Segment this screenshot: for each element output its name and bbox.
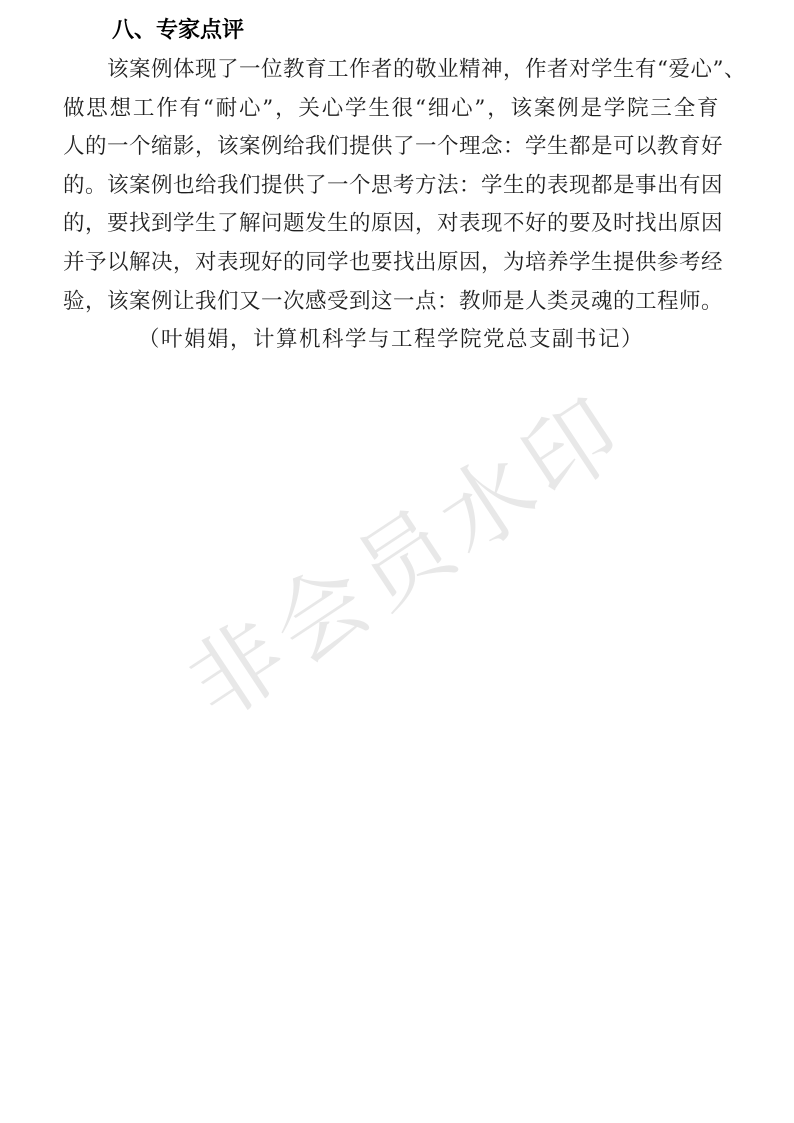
expert-comment-paragraph: 该案例体现了一位教育工作者的敬业精神，作者对学生有“爱心”、 做思想工作有“耐心… (63, 51, 719, 321)
paragraph-line: 人的一个缩影，该案例给我们提供了一个理念：学生都是可以教育好 (63, 128, 719, 167)
paragraph-line: 验，该案例让我们又一次感受到这一点：教师是人类灵魂的工程师。 (63, 283, 719, 322)
document-page: 非会员水印 八、专家点评 该案例体现了一位教育工作者的敬业精神，作者对学生有“爱… (0, 0, 794, 1123)
document-content: 八、专家点评 该案例体现了一位教育工作者的敬业精神，作者对学生有“爱心”、 做思… (63, 14, 719, 360)
paragraph-line: 该案例体现了一位教育工作者的敬业精神，作者对学生有“爱心”、 (63, 51, 719, 90)
section-heading: 八、专家点评 (63, 14, 719, 48)
watermark-text: 非会员水印 (174, 382, 642, 735)
paragraph-line: 的，要找到学生了解问题发生的原因，对表现不好的要及时找出原因 (63, 205, 719, 244)
paragraph-line: 并予以解决，对表现好的同学也要找出原因，为培养学生提供参考经 (63, 244, 719, 283)
paragraph-line: 的。该案例也给我们提供了一个思考方法：学生的表现都是事出有因 (63, 167, 719, 206)
attribution-line: （叶娟娟，计算机科学与工程学院党总支副书记） (63, 321, 719, 360)
paragraph-line: 做思想工作有“耐心”，关心学生很“细心”，该案例是学院三全育 (63, 90, 719, 129)
